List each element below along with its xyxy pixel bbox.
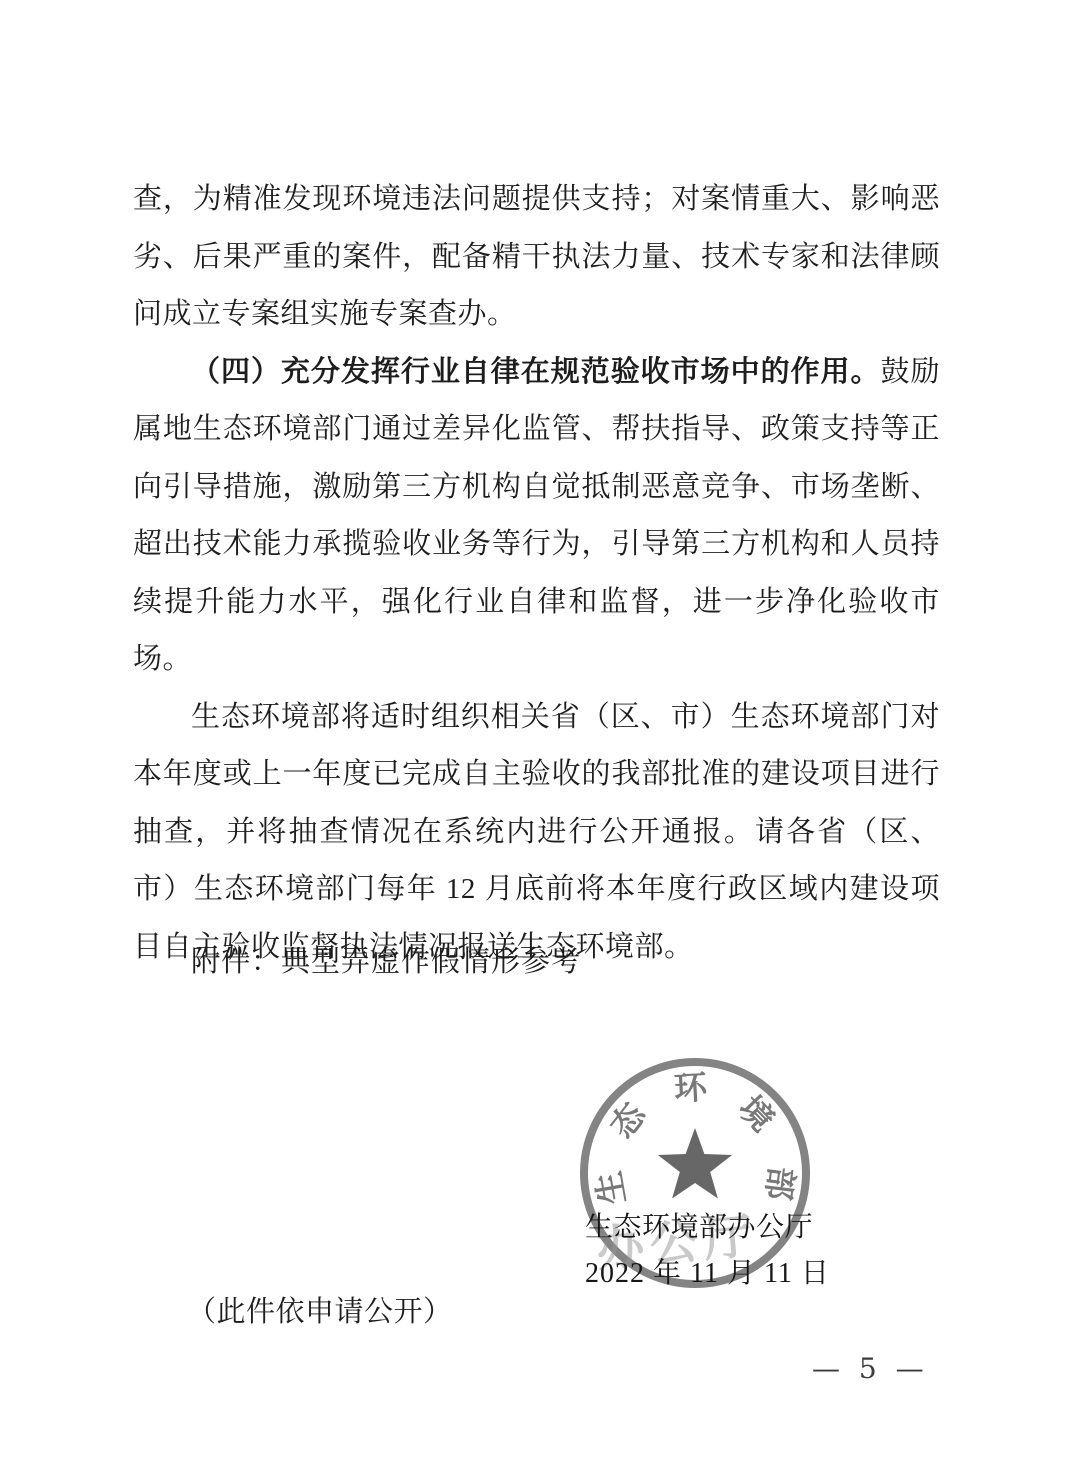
attachment-line: 附件：典型弄虚作假情形参考 xyxy=(133,934,940,992)
paragraph-body-text: 鼓励属地生态环境部门通过差异化监管、帮扶指导、政策支持等正向引导措施，激励第三方… xyxy=(133,356,940,676)
document-page: 查，为精准发现环境违法问题提供支持；对案情重大、影响恶劣、后果严重的案件，配备精… xyxy=(0,0,1071,1458)
seal-arc-char-5: 部 xyxy=(758,1165,799,1202)
document-body: 查，为精准发现环境违法问题提供支持；对案情重大、影响恶劣、后果严重的案件，配备精… xyxy=(133,171,940,976)
issuer-name: 生态环境部办公厅 xyxy=(585,1205,813,1245)
issue-date: 2022 年 11 月 11 日 xyxy=(585,1251,830,1291)
page-number: — 5 — xyxy=(812,1352,929,1385)
disclosure-note: （此件依申请公开） xyxy=(187,1289,453,1330)
seal-arc-char-1: 生 xyxy=(591,1168,633,1207)
body-paragraph-continuation: 查，为精准发现环境违法问题提供支持；对案情重大、影响恶劣、后果严重的案件，配备精… xyxy=(133,171,940,344)
star-icon xyxy=(658,1128,732,1199)
seal-arc-char-3: 环 xyxy=(673,1070,709,1108)
body-paragraph-closing: 生态环境部将适时组织相关省（区、市）生态环境部门对本年度或上一年度已完成自主验收… xyxy=(133,689,940,977)
paragraph-lead-heading: （四）充分发挥行业自律在规范验收市场中的作用。 xyxy=(191,356,881,388)
body-paragraph-item4: （四）充分发挥行业自律在规范验收市场中的作用。鼓励属地生态环境部门通过差异化监管… xyxy=(133,344,940,689)
